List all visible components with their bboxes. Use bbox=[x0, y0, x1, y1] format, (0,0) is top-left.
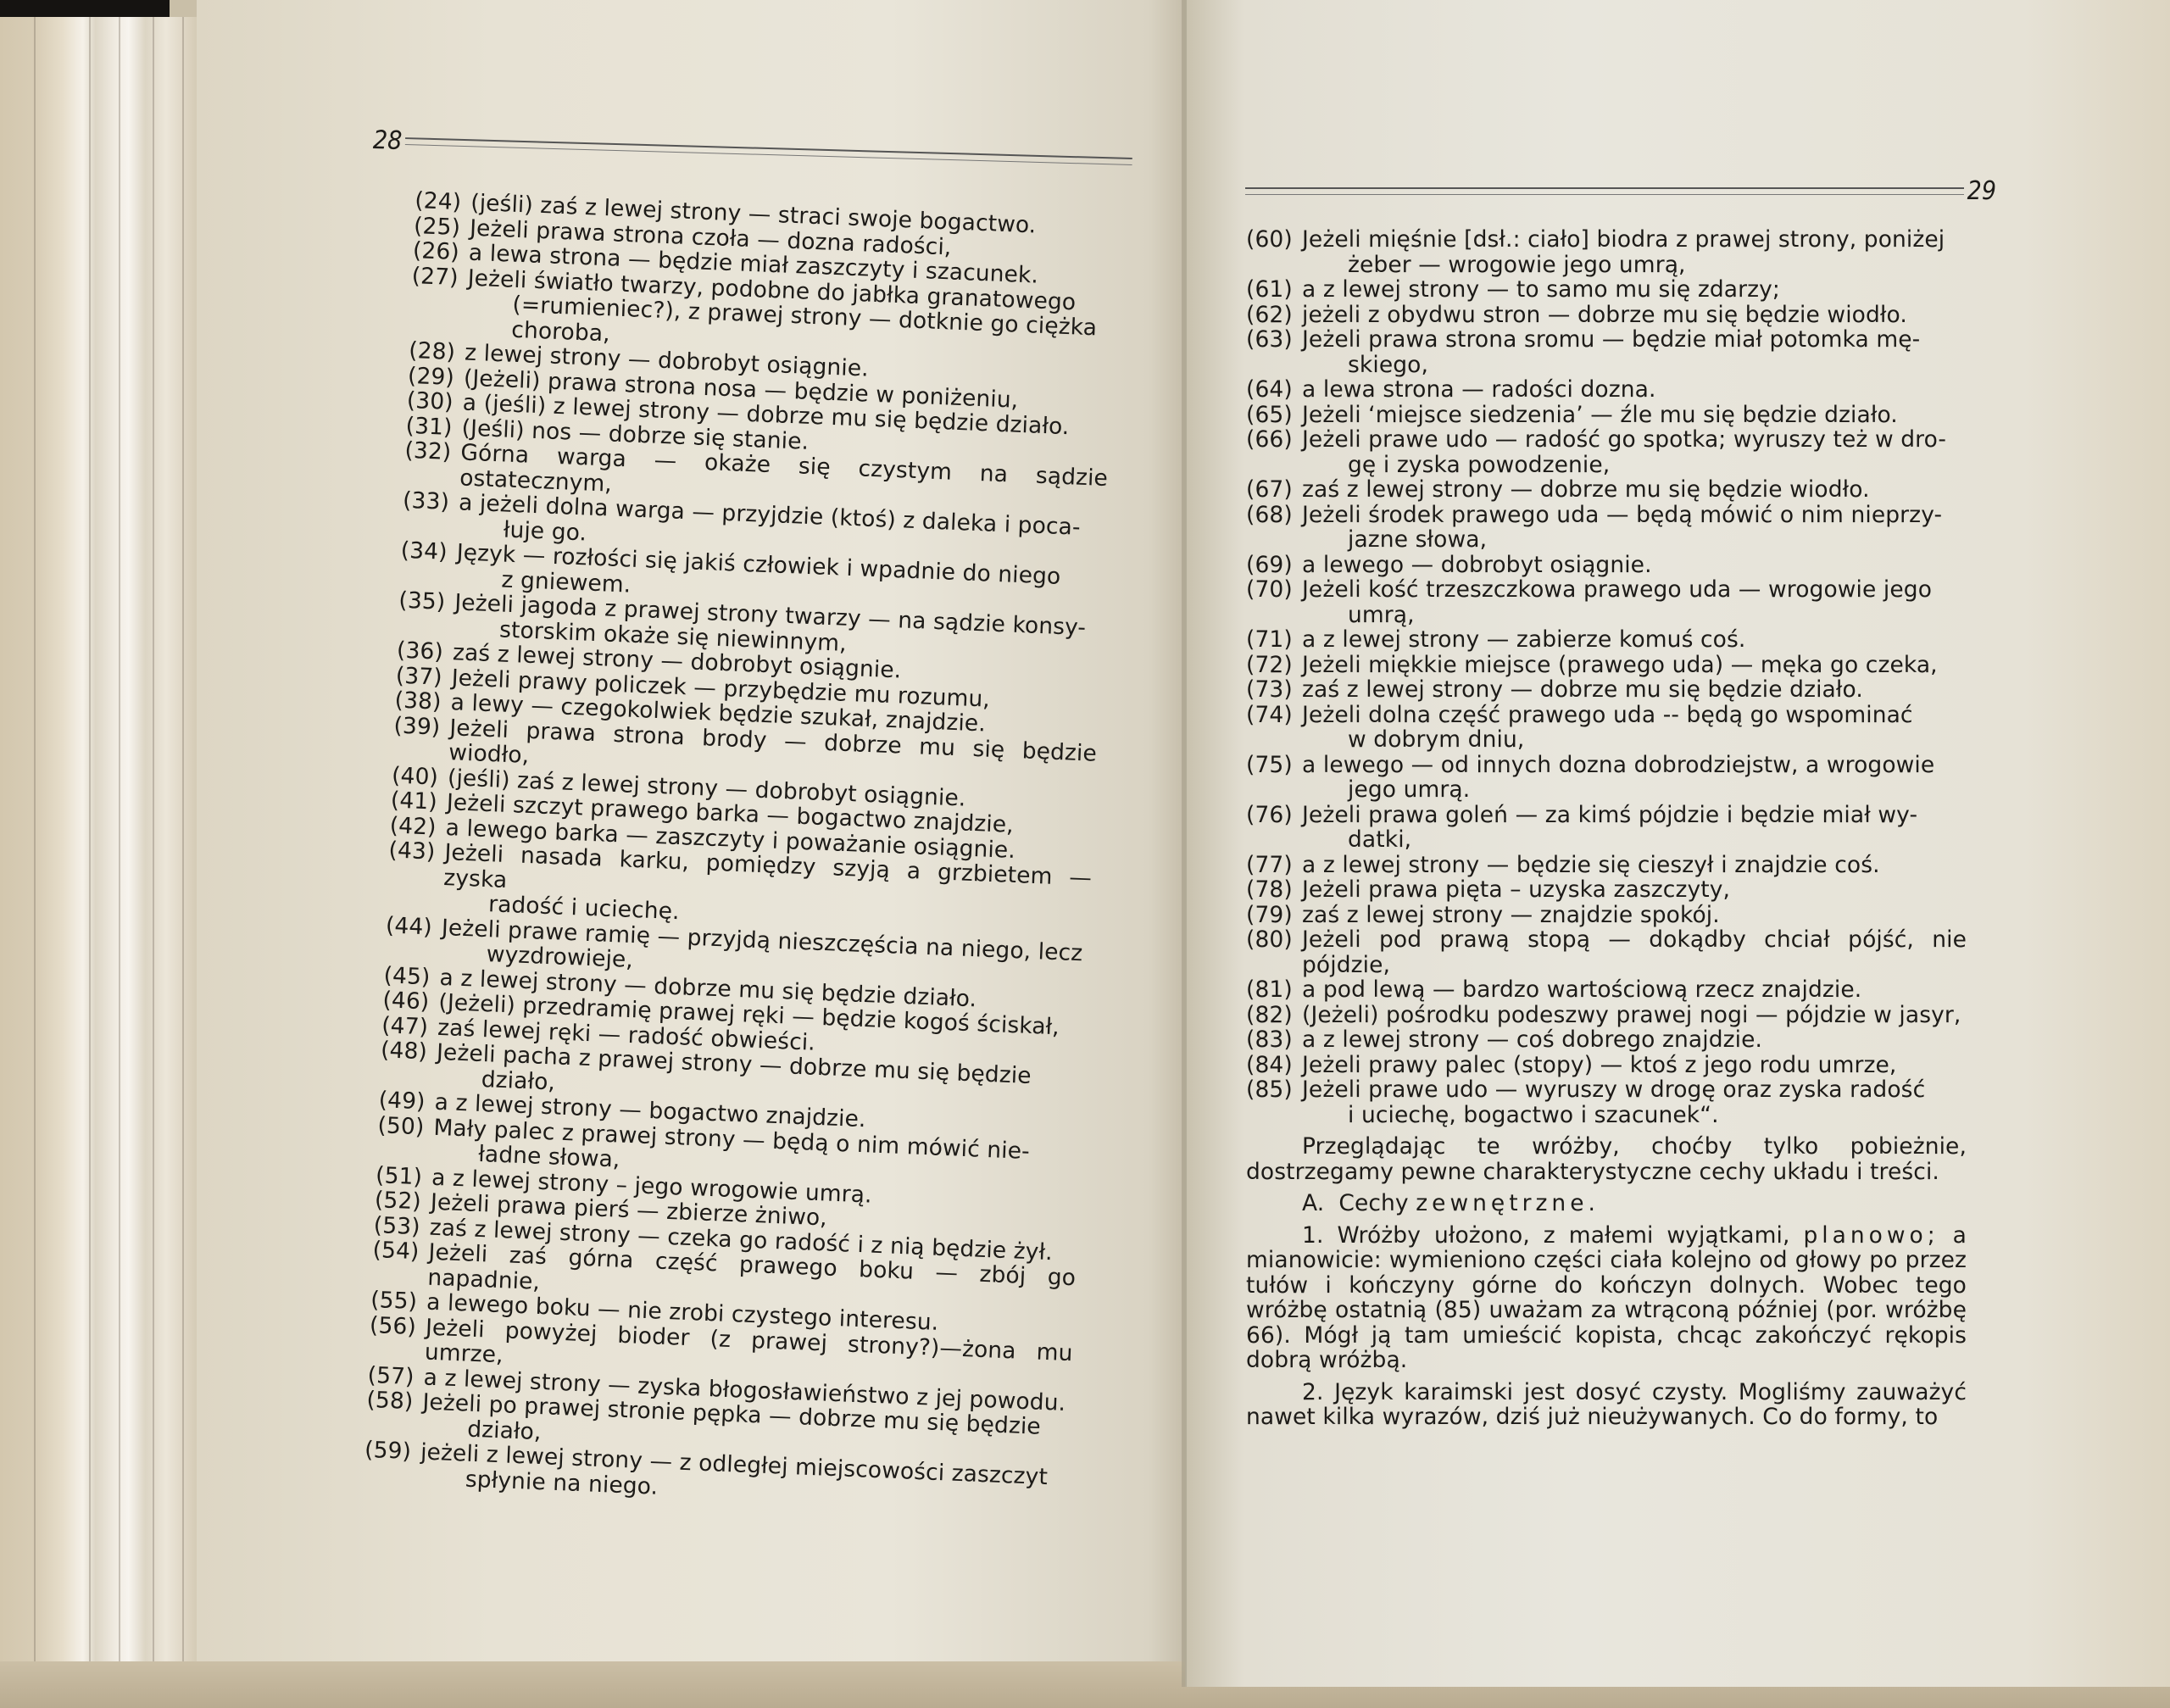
entry-text: a z lewej strony — zabierze komuś coś. bbox=[1302, 627, 1967, 653]
entry-number: (40) bbox=[392, 763, 448, 790]
entry-number: (72) bbox=[1246, 653, 1302, 678]
right-running-head: 29 bbox=[1242, 176, 1996, 206]
entry-text: Jeżeli środek prawego uda — będą mówić o… bbox=[1302, 503, 1967, 528]
entry-text: a z lewej strony — będzie się cieszył i … bbox=[1302, 853, 1967, 878]
entry-number: (78) bbox=[1246, 877, 1302, 903]
page-number-left: 28 bbox=[373, 125, 403, 156]
entry-number: (33) bbox=[403, 488, 459, 515]
entry-number: (79) bbox=[1246, 903, 1302, 928]
entry-text: Jeżeli mięśnie [dsł.: ciało] biodra z pr… bbox=[1302, 227, 1967, 253]
omen-entry: (78)Jeżeli prawa pięta – uzyska zaszczyt… bbox=[1246, 877, 1967, 903]
point-1-lead: 1. Wróżby ułożono, z małemi wyjątkami, bbox=[1302, 1222, 1789, 1249]
entry-number: (32) bbox=[403, 438, 461, 491]
entry-text: Jeżeli ‘miejsce siedzenia’ — źle mu się … bbox=[1302, 403, 1967, 428]
entry-number: (39) bbox=[392, 713, 450, 765]
section-title-spaced: zewnętrzne. bbox=[1416, 1190, 1600, 1216]
entry-number: (74) bbox=[1246, 703, 1302, 728]
header-rule bbox=[1245, 187, 1964, 195]
entry-number: (56) bbox=[368, 1312, 426, 1365]
omen-entry: (85)Jeżeli prawe udo — wyruszy w drogę o… bbox=[1246, 1077, 1967, 1127]
omen-entry: (71)a z lewej strony — zabierze komuś co… bbox=[1246, 627, 1967, 653]
edge-line bbox=[34, 17, 36, 1661]
entry-text: Jeżeli dolna część prawego uda -- będą g… bbox=[1302, 703, 1967, 728]
entry-number: (58) bbox=[366, 1388, 423, 1415]
right-page-entries: (60)Jeżeli mięśnie [dsł.: ciało] biodra … bbox=[1246, 227, 1967, 1127]
entry-number: (34) bbox=[400, 538, 457, 565]
entry-continuation: umrą, bbox=[1246, 603, 1967, 628]
entry-number: (63) bbox=[1246, 327, 1302, 353]
entry-text: zaś z lewej strony — dobrze mu się będzi… bbox=[1302, 677, 1967, 703]
entry-number: (70) bbox=[1246, 577, 1302, 603]
entry-text: a pod lewą — bardzo wartościową rzecz zn… bbox=[1302, 977, 1967, 1003]
entry-number: (61) bbox=[1246, 277, 1302, 303]
omen-entry: (60)Jeżeli mięśnie [dsł.: ciało] biodra … bbox=[1246, 227, 1967, 277]
paragraph-point-1: 1. Wróżby ułożono, z małemi wyjątkami, p… bbox=[1246, 1223, 1967, 1373]
entry-number: (81) bbox=[1246, 977, 1302, 1003]
entry-number: (68) bbox=[1246, 503, 1302, 528]
entry-continuation: skiego, bbox=[1246, 353, 1967, 378]
omen-entry: (83)a z lewej strony — coś dobrego znajd… bbox=[1246, 1027, 1967, 1053]
omen-entry: (70)Jeżeli kość trzeszczkowa prawego uda… bbox=[1246, 577, 1967, 627]
omen-entry: (65)Jeżeli ‘miejsce siedzenia’ — źle mu … bbox=[1246, 403, 1967, 428]
entry-number: (82) bbox=[1246, 1003, 1302, 1028]
entry-text: Jeżeli prawa goleń — za kimś pójdzie i b… bbox=[1302, 803, 1967, 828]
entry-text: a z lewej strony — coś dobrego znajdzie. bbox=[1302, 1027, 1967, 1053]
entry-number: (76) bbox=[1246, 803, 1302, 828]
entry-continuation: datki, bbox=[1246, 827, 1967, 853]
entry-number: (69) bbox=[1246, 553, 1302, 578]
entry-number: (67) bbox=[1246, 477, 1302, 503]
omen-entry: (81)a pod lewą — bardzo wartościową rzec… bbox=[1246, 977, 1967, 1003]
book-page-edges bbox=[0, 17, 208, 1661]
entry-number: (49) bbox=[378, 1088, 435, 1115]
omen-entry: (64)a lewa strona — radości dozna. bbox=[1246, 377, 1967, 403]
entry-text: Jeżeli prawe udo — radość go spotka; wyr… bbox=[1302, 427, 1967, 453]
omen-entry: (72)Jeżeli miękkie miejsce (prawego uda)… bbox=[1246, 653, 1967, 678]
entry-number: (41) bbox=[390, 787, 447, 815]
entry-text: Jeżeli pod prawą stopą — dokądby chciał … bbox=[1302, 927, 1967, 977]
omen-entry: (84)Jeżeli prawy palec (stopy) — ktoś z … bbox=[1246, 1053, 1967, 1078]
entry-number: (35) bbox=[398, 588, 455, 615]
omen-entry: (63)Jeżeli prawa strona sromu — będzie m… bbox=[1246, 327, 1967, 377]
entry-number: (65) bbox=[1246, 403, 1302, 428]
entry-number: (53) bbox=[373, 1213, 430, 1240]
entry-number: (26) bbox=[412, 238, 469, 265]
book-gutter bbox=[1182, 0, 1187, 1687]
entry-number: (46) bbox=[382, 988, 439, 1015]
omen-entry: (74)Jeżeli dolna część prawego uda -- bę… bbox=[1246, 703, 1967, 753]
section-heading: A. Cechy zewnętrzne. bbox=[1246, 1191, 1967, 1216]
entry-number: (50) bbox=[377, 1113, 434, 1140]
entry-continuation: i uciechę, bogactwo i szacunek“. bbox=[1246, 1103, 1967, 1128]
section-title: Cechy bbox=[1338, 1190, 1408, 1216]
entry-text: Jeżeli kość trzeszczkowa prawego uda — w… bbox=[1302, 577, 1967, 603]
left-page-entries: (24)(jeśli) zaś z lewej strony — straci … bbox=[363, 188, 1118, 1516]
entry-number: (60) bbox=[1246, 227, 1302, 253]
entry-number: (28) bbox=[409, 338, 465, 365]
entry-number: (75) bbox=[1246, 753, 1302, 778]
entry-text: Jeżeli miękkie miejsce (prawego uda) — m… bbox=[1302, 653, 1967, 678]
entry-number: (85) bbox=[1246, 1077, 1302, 1103]
entry-text: a lewego — dobrobyt osiągnie. bbox=[1302, 553, 1967, 578]
entry-text: a z lewej strony — to samo mu się zdarzy… bbox=[1302, 277, 1967, 303]
entry-text: zaś z lewej strony — znajdzie spokój. bbox=[1302, 903, 1967, 928]
page-number-right: 29 bbox=[1967, 176, 1996, 206]
omen-entry: (68)Jeżeli środek prawego uda — będą mów… bbox=[1246, 503, 1967, 553]
entry-continuation: żeber — wrogowie jego umrą, bbox=[1246, 253, 1967, 278]
omen-entry: (77)a z lewej strony — będzie się cieszy… bbox=[1246, 853, 1967, 878]
entry-number: (37) bbox=[395, 663, 452, 690]
entry-number: (62) bbox=[1246, 303, 1302, 328]
paragraph-overview: Przeglądając te wróżby, choćby tylko pob… bbox=[1246, 1134, 1967, 1184]
entry-number: (77) bbox=[1246, 853, 1302, 878]
entry-continuation: w dobrym dniu, bbox=[1246, 727, 1967, 753]
entry-text: zaś z lewej strony — dobrze mu się będzi… bbox=[1302, 477, 1967, 503]
entry-text: Jeżeli prawe udo — wyruszy w drogę oraz … bbox=[1302, 1077, 1967, 1103]
entry-continuation: jego umrą. bbox=[1246, 777, 1967, 803]
entry-number: (57) bbox=[367, 1362, 424, 1389]
entry-number: (38) bbox=[394, 688, 451, 715]
entry-text: Jeżeli prawy palec (stopy) — ktoś z jego… bbox=[1302, 1053, 1967, 1078]
omen-entry: (76)Jeżeli prawa goleń — za kimś pójdzie… bbox=[1246, 803, 1967, 853]
omen-entry: (73)zaś z lewej strony — dobrze mu się b… bbox=[1246, 677, 1967, 703]
right-page-content: (60)Jeżeli mięśnie [dsł.: ciało] biodra … bbox=[1246, 227, 1967, 1430]
edge-line bbox=[182, 17, 184, 1661]
entry-number: (55) bbox=[370, 1288, 427, 1315]
entry-number: (25) bbox=[414, 213, 470, 240]
entry-text: Jeżeli prawa pięta – uzyska zaszczyty, bbox=[1302, 877, 1967, 903]
omen-entry: (79)zaś z lewej strony — znajdzie spokój… bbox=[1246, 903, 1967, 928]
entry-number: (27) bbox=[411, 263, 468, 290]
entry-number: (24) bbox=[415, 188, 471, 215]
entry-number: (84) bbox=[1246, 1053, 1302, 1078]
entry-number: (66) bbox=[1246, 427, 1302, 453]
entry-number: (44) bbox=[385, 913, 442, 940]
entry-continuation: jazne słowa, bbox=[1246, 527, 1967, 553]
entry-number: (42) bbox=[389, 813, 446, 840]
entry-text: a lewego — od innych dozna dobrodziejstw… bbox=[1302, 753, 1967, 778]
omen-entry: (75)a lewego — od innych dozna dobrodzie… bbox=[1246, 753, 1967, 803]
entry-text: Jeżeli prawa strona sromu — będzie miał … bbox=[1302, 327, 1967, 353]
entry-text: jeżeli z obydwu stron — dobrze mu się bę… bbox=[1302, 303, 1967, 328]
entry-number: (73) bbox=[1246, 677, 1302, 703]
entry-number: (43) bbox=[387, 837, 445, 890]
omen-entry: (62)jeżeli z obydwu stron — dobrze mu si… bbox=[1246, 303, 1967, 328]
entry-number: (83) bbox=[1246, 1027, 1302, 1053]
entry-number: (80) bbox=[1246, 927, 1302, 977]
entry-number: (45) bbox=[383, 963, 440, 990]
edge-line bbox=[119, 17, 120, 1661]
omen-entry: (69)a lewego — dobrobyt osiągnie. bbox=[1246, 553, 1967, 578]
point-1-spaced: planowo; bbox=[1803, 1222, 1939, 1249]
entry-number: (52) bbox=[374, 1188, 431, 1215]
entry-number: (36) bbox=[397, 638, 453, 665]
omen-entry: (66)Jeżeli prawe udo — radość go spotka;… bbox=[1246, 427, 1967, 477]
edge-line bbox=[153, 17, 154, 1661]
entry-number: (51) bbox=[376, 1163, 432, 1190]
entry-text: (Jeżeli) pośrodku podeszwy prawej nogi —… bbox=[1302, 1003, 1967, 1028]
section-label: A. bbox=[1302, 1190, 1324, 1216]
entry-number: (30) bbox=[406, 388, 463, 415]
entry-number: (71) bbox=[1246, 627, 1302, 653]
entry-number: (54) bbox=[371, 1238, 429, 1290]
edge-line bbox=[89, 17, 91, 1661]
entry-number: (48) bbox=[381, 1038, 437, 1065]
omen-entry: (67)zaś z lewej strony — dobrze mu się b… bbox=[1246, 477, 1967, 503]
paragraph-point-2: 2. Język karaimski jest dosyć czysty. Mo… bbox=[1246, 1380, 1967, 1430]
omen-entry: (61)a z lewej strony — to samo mu się zd… bbox=[1246, 277, 1967, 303]
entry-number: (64) bbox=[1246, 377, 1302, 403]
entry-continuation: gę i zyska powodzenie, bbox=[1246, 453, 1967, 478]
omen-entry: (80)Jeżeli pod prawą stopą — dokądby chc… bbox=[1246, 927, 1967, 977]
entry-number: (47) bbox=[381, 1013, 438, 1040]
entry-number: (31) bbox=[405, 413, 462, 440]
entry-text: a lewa strona — radości dozna. bbox=[1302, 377, 1967, 403]
entry-number: (29) bbox=[408, 363, 465, 390]
omen-entry: (82)(Jeżeli) pośrodku podeszwy prawej no… bbox=[1246, 1003, 1967, 1028]
entry-number: (59) bbox=[364, 1438, 421, 1465]
